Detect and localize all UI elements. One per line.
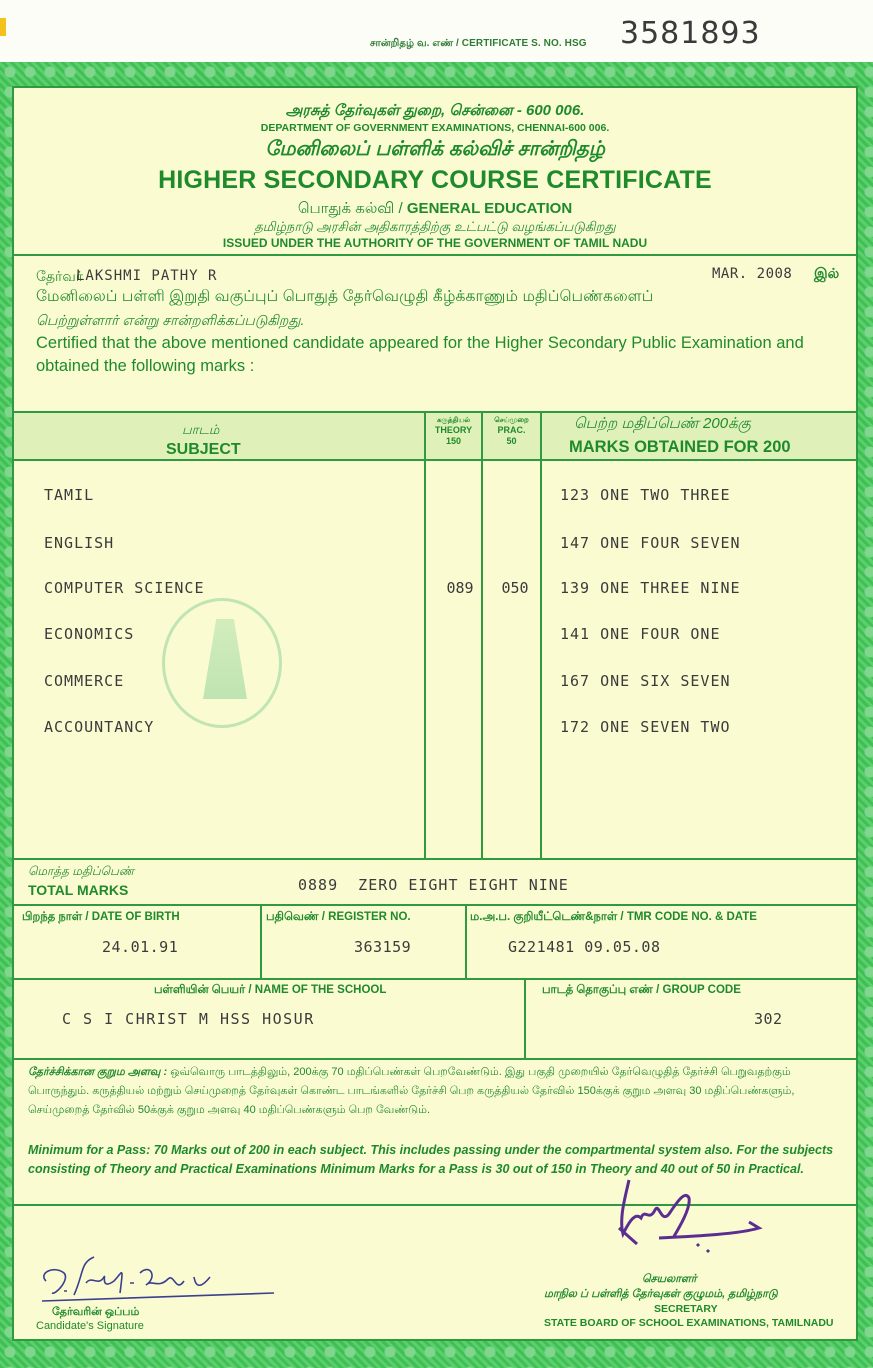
table-row: ECONOMICS 141 ONE FOUR ONE <box>14 625 856 671</box>
subject-header-ta: பாடம் <box>182 422 219 439</box>
exam-session: MAR. 2008 <box>712 266 792 282</box>
candidate-signature-label-en: Candidate's Signature <box>36 1320 144 1332</box>
board-name-en: STATE BOARD OF SCHOOL EXAMINATIONS, TAMI… <box>544 1317 834 1329</box>
department-ta: அரசுத் தேர்வுகள் துறை, சென்னை - 600 006. <box>14 102 856 121</box>
statement-en: Certified that the above mentioned candi… <box>36 332 846 378</box>
title-en: HIGHER SECONDARY COURSE CERTIFICATE <box>14 166 856 195</box>
table-row: COMMERCE 167 ONE SIX SEVEN <box>14 672 856 718</box>
stream-ta: பொதுக் கல்வி <box>298 200 395 217</box>
secretary-title-ta: செயலாளர் <box>642 1273 697 1287</box>
dob-divider <box>260 906 262 978</box>
pass-rules-en: Minimum for a Pass: 70 Marks out of 200 … <box>28 1141 848 1179</box>
exam-suffix-ta: இல் <box>814 265 839 284</box>
stream: பொதுக் கல்வி / GENERAL EDUCATION <box>14 200 856 219</box>
secretary-title-en: SECRETARY <box>654 1303 718 1315</box>
statement-ta-2: பெற்றுள்ளார் என்று சான்றளிக்கப்படுகிறது. <box>36 312 304 331</box>
subject-header-en: SUBJECT <box>166 441 241 459</box>
prac-header: செய்முறை PRAC. 50 <box>483 416 540 447</box>
yellow-mark <box>0 18 6 36</box>
school-value: C S I CHRIST M HSS HOSUR <box>62 1010 315 1028</box>
register-divider <box>465 906 467 978</box>
authority-en: ISSUED UNDER THE AUTHORITY OF THE GOVERN… <box>14 236 856 250</box>
table-row: ENGLISH 147 ONE FOUR SEVEN <box>14 534 856 580</box>
dob-value: 24.01.91 <box>102 938 178 956</box>
register-value: 363159 <box>354 938 411 956</box>
group-label: பாடத் தொகுப்பு எண் / GROUP CODE <box>542 984 741 998</box>
board-name-ta: மாநில ப் பள்ளித் தேர்வுகள் குழுமம், தமிழ… <box>544 1288 778 1302</box>
table-row: TAMIL 123 ONE TWO THREE <box>14 486 856 532</box>
title-ta: மேனிலைப் பள்ளிக் கல்விச் சான்றிதழ் <box>14 138 856 163</box>
serial-number: 3581893 <box>620 16 761 51</box>
register-label: பதிவெண் / REGISTER NO. <box>266 911 411 925</box>
candidate-name: LAKSHMI PATHY R <box>76 268 217 284</box>
total-label-en: TOTAL MARKS <box>28 882 128 898</box>
stream-en: GENERAL EDUCATION <box>407 200 572 217</box>
marks-header-en: MARKS OBTAINED FOR 200 <box>569 438 791 457</box>
certificate-paper: அரசுத் தேர்வுகள் துறை, சென்னை - 600 006.… <box>12 86 858 1341</box>
total-marks-value: 0889 ZERO EIGHT EIGHT NINE <box>298 876 569 894</box>
top-strip: சான்றிதழ் வ. எண் / CERTIFICATE S. NO. HS… <box>0 0 873 62</box>
table-row: ACCOUNTANCY 172 ONE SEVEN TWO <box>14 718 856 764</box>
department-en: DEPARTMENT OF GOVERNMENT EXAMINATIONS, C… <box>14 122 856 134</box>
dob-label: பிறந்த நாள் / DATE OF BIRTH <box>22 911 180 925</box>
school-label: பள்ளியின் பெயர் / NAME OF THE SCHOOL <box>154 984 386 998</box>
group-value: 302 <box>754 1010 783 1028</box>
marks-header-ta: பெற்ற மதிப்பெண் 200க்கு <box>574 415 751 434</box>
header-divider <box>14 254 856 256</box>
secretary-signature <box>589 1178 779 1258</box>
pass-rules-ta: தேர்ச்சிக்கான குறும அளவு : ஒவ்வொரு பாடத்… <box>28 1063 848 1120</box>
table-row: COMPUTER SCIENCE 089 050 139 ONE THREE N… <box>14 579 856 625</box>
authority-ta: தமிழ்நாடு அரசின் அதிகாரத்திற்கு உட்பட்டு… <box>14 219 856 236</box>
details-divider <box>14 978 856 980</box>
school-divider <box>524 978 526 1058</box>
theory-header: கருத்தியல் THEORY 150 <box>426 416 481 447</box>
candidate-signature <box>34 1243 274 1303</box>
school-bottom-divider <box>14 1058 856 1060</box>
total-label-ta: மொத்த மதிப்பெண் <box>28 864 134 880</box>
tmr-value: G221481 09.05.08 <box>508 938 661 956</box>
stream-sep: / <box>394 200 407 217</box>
statement-ta-1: மேனிலைப் பள்ளி இறுதி வகுப்புப் பொதுத் தே… <box>36 288 653 307</box>
candidate-signature-label-ta: தேர்வரின் ஒப்பம் <box>52 1306 139 1320</box>
serial-label: சான்றிதழ் வ. எண் / CERTIFICATE S. NO. HS… <box>370 38 587 50</box>
tmr-label: ம.அ.ப. குறியீட்டெண்&நாள் / TMR CODE NO. … <box>470 911 757 925</box>
pass-rules-ta-heading: தேர்ச்சிக்கான குறும அளவு : <box>28 1066 167 1078</box>
